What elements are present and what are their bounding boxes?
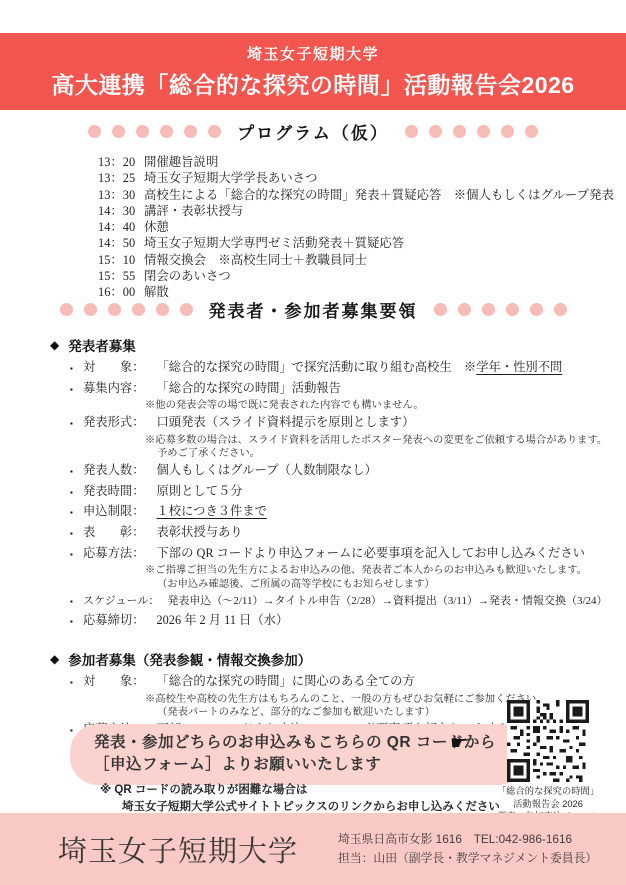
detail-row-content: ▪ 募集内容： 「総合的な探究の時間」活動報告 — [70, 379, 626, 400]
program-time: 14：40 — [98, 219, 144, 235]
program-time: 13：25 — [98, 170, 144, 186]
diamond-icon: ◆ — [50, 652, 59, 666]
recruitment-section: 発表者・参加者募集要領 ◆ 発表者募集 ▪ 対 象： 「総合的な探究の時間」で探… — [0, 297, 626, 761]
row-label: 表 彰： — [83, 523, 145, 542]
dot-icon — [160, 125, 173, 138]
program-text: 埼玉女子短期大学学長あいさつ — [144, 170, 317, 186]
detail-row-award: ▪ 表 彰： 表彰状授与あり — [70, 523, 626, 544]
dot-icon — [184, 125, 197, 138]
university-name: 埼玉女子短期大学 — [247, 43, 379, 64]
apply-line-1: 発表・参加どちらのお申込みもこちらの QR コードから — [94, 732, 496, 754]
participant-recruit-heading: ◆ 参加者募集（発表参観・情報交換参加） — [50, 649, 626, 669]
row-content: 下部の QR コードより申込フォームに必要事項を記入してお申し込みください — [157, 544, 585, 563]
dot-icon — [156, 303, 169, 316]
dots-right-icon — [434, 303, 567, 316]
bullet-icon: ▪ — [70, 484, 83, 503]
dot-icon — [477, 125, 490, 138]
row-label: 応募締切： — [83, 611, 145, 630]
dot-icon — [554, 303, 567, 316]
dot-icon — [525, 125, 538, 138]
row-content: 「総合的な探究の時間」で探究活動に取り組む高校生 ※学年・性別不問 — [157, 358, 563, 377]
row-note: 予めご了承ください。 — [157, 447, 626, 461]
university-logo: 埼玉女子短期大学 — [58, 829, 298, 870]
dot-icon — [88, 125, 101, 138]
program-title: プログラム（仮） — [237, 119, 389, 144]
program-time: 15：10 — [98, 252, 144, 268]
row-label: 応募方法： — [83, 544, 145, 563]
detail-row-deadline: ▪ 応募締切： 2026 年 2 月 11 日（水） — [70, 611, 626, 632]
bullet-icon: ▪ — [70, 463, 83, 482]
program-item: 14：50埼玉女子短期大学専門ゼミ活動発表＋質疑応答 — [98, 235, 626, 251]
apply-note: ※ QR コードの読み取りが困難な場合は 埼玉女子短期大学公式サイトトピックスの… — [100, 782, 500, 816]
program-text: 情報交換会 ※高校生同士＋教職員同士 — [144, 252, 367, 268]
row-label: 発表形式： — [83, 413, 145, 432]
footer-contact: 埼玉県日高市女影 1616 TEL:042-986-1616 担当：山田（副学長… — [338, 830, 597, 868]
bullet-icon: ▪ — [70, 504, 83, 523]
apply-section: 発表・参加どちらのお申込みもこちらの QR コードから ［申込フォーム］よりお願… — [0, 724, 626, 814]
bullet-icon: ▪ — [70, 546, 83, 565]
program-time: 14：50 — [98, 235, 144, 251]
footer-contact-person: 担当：山田（副学長・教学マネジメント委員長） — [338, 849, 597, 868]
program-item: 15：10情報交換会 ※高校生同士＋教職員同士 — [98, 252, 626, 268]
bullet-icon: ▪ — [70, 360, 83, 379]
dot-icon — [429, 125, 442, 138]
program-item: 15：55閉会のあいさつ — [98, 268, 626, 284]
dot-icon — [108, 303, 121, 316]
detail-row-target: ▪ 対 象： 「総合的な探究の時間」で探究活動に取り組む高校生 ※学年・性別不問 — [70, 358, 626, 379]
row-content: 「総合的な探究の時間」に関心のある全ての方 — [157, 672, 415, 691]
recruitment-title: 発表者・参加者募集要領 — [209, 297, 418, 322]
program-text: 高校生による「総合的な探究の時間」発表＋質疑応答 ※個人もしくはグループ発表 — [144, 187, 614, 203]
bullet-icon: ▪ — [70, 674, 83, 693]
bullet-icon: ▪ — [70, 381, 83, 400]
recruitment-header: 発表者・参加者募集要領 — [0, 297, 626, 322]
program-header: プログラム（仮） — [0, 119, 626, 144]
detail-row-target: ▪ 対 象： 「総合的な探究の時間」に関心のある全ての方 — [70, 672, 626, 693]
detail-row-limit: ▪ 申込制限： １校につき３件まで — [70, 502, 626, 523]
detail-row-duration: ▪ 発表時間： 原則として５分 — [70, 482, 626, 503]
row-content-underlined: 学年・性別不問 — [476, 360, 562, 374]
row-note: （お申込み確認後、ご所属の高等学校にもお知らせします） — [157, 578, 626, 592]
qr-code — [507, 700, 589, 782]
pointing-hand-icon: ☛ — [450, 732, 467, 754]
program-item: 13：30高校生による「総合的な探究の時間」発表＋質疑応答 ※個人もしくはグルー… — [98, 187, 626, 203]
diamond-icon: ◆ — [50, 338, 59, 352]
dot-icon — [136, 125, 149, 138]
apply-line-2: ［申込フォーム］よりお願いいたします — [94, 754, 496, 776]
detail-row-apply-method: ▪ 応募方法： 下部の QR コードより申込フォームに必要事項を記入してお申し込… — [70, 544, 626, 565]
program-text: 開催趣旨説明 — [144, 154, 218, 170]
dot-icon — [60, 303, 73, 316]
presenter-heading-label: 発表者募集 — [68, 335, 136, 355]
row-content: 口頭発表（スライド資料提示を原則とします） — [157, 413, 415, 432]
row-content: 表彰状授与あり — [157, 523, 243, 542]
program-item: 14：40休憩 — [98, 219, 626, 235]
program-time: 14：30 — [98, 203, 144, 219]
qr-block: 「総合的な探究の時間」 活動報告会 2026 発表・参加申込フォーム — [486, 700, 610, 823]
dots-right-icon — [405, 125, 538, 138]
row-content: 「総合的な探究の時間」活動報告 — [157, 379, 341, 398]
row-label: 募集内容： — [83, 379, 145, 398]
row-label: 対 象： — [83, 672, 145, 691]
dot-icon — [482, 303, 495, 316]
program-section: プログラム（仮） 13：20開催趣旨説明 13：25埼玉女子短期大学学長あいさつ… — [0, 119, 626, 301]
program-time: 13：20 — [98, 154, 144, 170]
row-content: 原則として５分 — [157, 482, 243, 501]
program-text: 休憩 — [144, 219, 169, 235]
detail-row-headcount: ▪ 発表人数： 個人もしくはグループ（人数制限なし） — [70, 461, 626, 482]
row-note: ※他の発表会等の場で既に発表された内容でも構いません。 — [145, 399, 626, 413]
row-content: 個人もしくはグループ（人数制限なし） — [157, 461, 377, 480]
row-content: 発表申込（～2/11）→タイトル申告（2/28）→資料提出（3/11）→発表・情… — [167, 592, 607, 611]
dot-icon — [180, 303, 193, 316]
program-text: 閉会のあいさつ — [144, 268, 231, 284]
program-item: 14：30講評・表彰状授与 — [98, 203, 626, 219]
dot-icon — [208, 125, 221, 138]
row-content-text: 「総合的な探究の時間」で探究活動に取り組む高校生 ※ — [157, 360, 477, 374]
header-banner: 埼玉女子短期大学 高大連携「総合的な探究の時間」活動報告会2026 — [0, 33, 626, 110]
dot-icon — [434, 303, 447, 316]
event-title: 高大連携「総合的な探究の時間」活動報告会2026 — [51, 67, 574, 100]
dot-icon — [458, 303, 471, 316]
program-time: 15：55 — [98, 268, 144, 284]
bullet-icon: ▪ — [70, 525, 83, 544]
flyer-page: 埼玉女子短期大学 高大連携「総合的な探究の時間」活動報告会2026 プログラム（… — [0, 0, 626, 885]
dot-icon — [501, 125, 514, 138]
row-label: 申込制限： — [83, 502, 145, 521]
dot-icon — [112, 125, 125, 138]
detail-row-format: ▪ 発表形式： 口頭発表（スライド資料提示を原則とします） — [70, 413, 626, 434]
dot-icon — [506, 303, 519, 316]
program-text: 埼玉女子短期大学専門ゼミ活動発表＋質疑応答 — [144, 235, 404, 251]
program-time: 13：30 — [98, 187, 144, 203]
dot-icon — [530, 303, 543, 316]
row-note: ※ご指導ご担当の先生方によるお申込みの他、発表者ご本人からのお申込みも歓迎いたし… — [145, 564, 626, 578]
footer: 埼玉女子短期大学 埼玉県日高市女影 1616 TEL:042-986-1616 … — [0, 813, 626, 885]
row-content-underlined: １校につき３件まで — [157, 502, 267, 521]
row-label: 発表人数： — [83, 461, 145, 480]
program-list: 13：20開催趣旨説明 13：25埼玉女子短期大学学長あいさつ 13：30高校生… — [98, 154, 626, 301]
dot-icon — [132, 303, 145, 316]
dot-icon — [84, 303, 97, 316]
row-content: 2026 年 2 月 11 日（水） — [157, 611, 289, 630]
bullet-icon: ▪ — [70, 613, 83, 632]
dot-icon — [453, 125, 466, 138]
dot-icon — [405, 125, 418, 138]
detail-row-schedule: ▪ スケジュール： 発表申込（～2/11）→タイトル申告（2/28）→資料提出（… — [70, 592, 626, 612]
bullet-icon: ▪ — [70, 415, 83, 434]
bullet-icon: ▪ — [70, 593, 83, 612]
row-note: ※応募多数の場合は、スライド資料を活用したポスター発表への変更をご依頼する場合が… — [145, 434, 626, 448]
dots-left-icon — [88, 125, 221, 138]
row-label: 対 象： — [83, 358, 145, 377]
participant-heading-label: 参加者募集（発表参観・情報交換参加） — [68, 649, 311, 669]
program-item: 13：20開催趣旨説明 — [98, 154, 626, 170]
qr-caption-line-2: 活動報告会 2026 — [486, 798, 610, 811]
apply-note-line-1: ※ QR コードの読み取りが困難な場合は — [100, 782, 500, 799]
program-item: 13：25埼玉女子短期大学学長あいさつ — [98, 170, 626, 186]
qr-caption-line-1: 「総合的な探究の時間」 — [486, 785, 610, 798]
row-label: スケジュール： — [83, 592, 159, 611]
presenter-recruit-heading: ◆ 発表者募集 — [50, 335, 626, 355]
presenter-recruit-block: ◆ 発表者募集 ▪ 対 象： 「総合的な探究の時間」で探究活動に取り組む高校生 … — [0, 335, 626, 632]
row-label: 発表時間： — [83, 482, 145, 501]
dots-left-icon — [60, 303, 193, 316]
program-text: 講評・表彰状授与 — [144, 203, 243, 219]
footer-address: 埼玉県日高市女影 1616 TEL:042-986-1616 — [338, 830, 597, 849]
